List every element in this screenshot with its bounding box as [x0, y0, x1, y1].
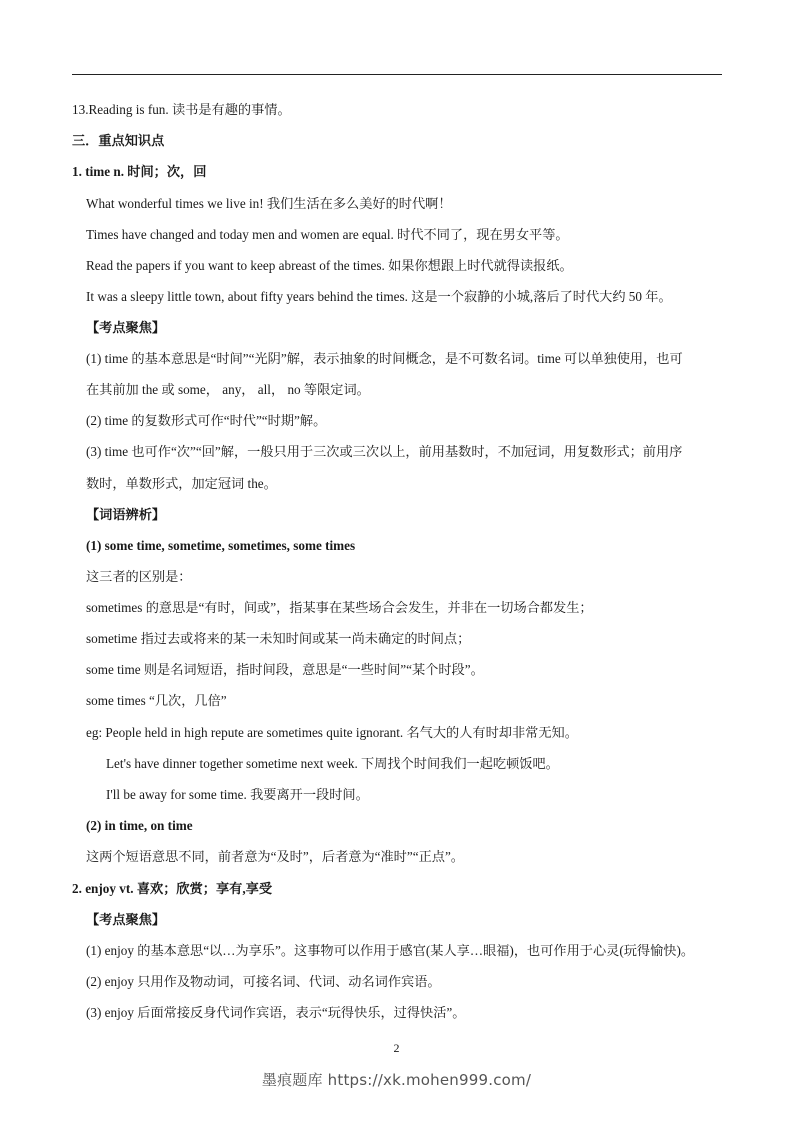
- paragraph-line: (3) enjoy 后面常接反身代词作宾语，表示“玩得快乐，过得快活”。: [86, 1004, 465, 1022]
- header-rule: [72, 74, 722, 75]
- example-line: What wonderful times we live in! 我们生活在多么…: [86, 195, 452, 213]
- paragraph-line: (1) time 的基本意思是“时间”“光阴”解，表示抽象的时间概念，是不可数名…: [86, 350, 683, 368]
- paragraph-line: (1) enjoy 的基本意思“以…为享乐”。这事物可以作用于感官(某人享…眼福…: [86, 942, 694, 960]
- watermark-link[interactable]: 墨痕题库 https://xk.mohen999.com/: [0, 1069, 793, 1090]
- example-line: Times have changed and today men and wom…: [86, 226, 569, 244]
- example-line: It was a sleepy little town, about fifty…: [86, 288, 672, 306]
- subheading-some-time: (1) some time, sometime, sometimes, some…: [86, 537, 355, 555]
- paragraph-line: 数时，单数形式，加定冠词 the。: [86, 475, 277, 493]
- sentence-13: 13.Reading is fun. 读书是有趣的事情。: [72, 101, 291, 119]
- section-heading-key-points: 三．重点知识点: [72, 132, 164, 150]
- paragraph-line: 在其前加 the 或 some， any， all， no 等限定词。: [86, 381, 370, 399]
- subheading-focus: 【考点聚焦】: [86, 319, 165, 337]
- paragraph-line: sometimes 的意思是“有时，间或”，指某事在某些场合会发生，并非在一切场…: [86, 599, 593, 617]
- example-line: Let's have dinner together sometime next…: [106, 755, 559, 773]
- paragraph-line: (3) time 也可作“次”“回”解，一般只用于三次或三次以上，前用基数时，不…: [86, 443, 682, 461]
- paragraph-line: 这两个短语意思不同，前者意为“及时”，后者意为“准时”“正点”。: [86, 848, 464, 866]
- paragraph-line: (2) enjoy 只用作及物动词，可接名词、代词、动名词作宾语。: [86, 973, 441, 991]
- subheading-word-analysis: 【词语辨析】: [86, 506, 165, 524]
- paragraph-line: some times “几次，几倍”: [86, 692, 227, 710]
- example-line: Read the papers if you want to keep abre…: [86, 257, 573, 275]
- paragraph-line: 这三者的区别是：: [86, 568, 192, 586]
- entry-heading-enjoy: 2. enjoy vt. 喜欢；欣赏；享有,享受: [72, 880, 272, 898]
- entry-heading-time: 1. time n. 时间；次，回: [72, 163, 206, 181]
- example-line: eg: People held in high repute are somet…: [86, 724, 578, 742]
- page-number: 2: [0, 1041, 793, 1056]
- paragraph-line: some time 则是名词短语，指时间段，意思是“一些时间”“某个时段”。: [86, 661, 484, 679]
- subheading-focus: 【考点聚焦】: [86, 911, 165, 929]
- subheading-in-time: (2) in time, on time: [86, 817, 193, 835]
- example-line: I'll be away for some time. 我要离开一段时间。: [106, 786, 369, 804]
- paragraph-line: (2) time 的复数形式可作“时代”“时期”解。: [86, 412, 326, 430]
- paragraph-line: sometime 指过去或将来的某一未知时间或某一尚未确定的时间点；: [86, 630, 470, 648]
